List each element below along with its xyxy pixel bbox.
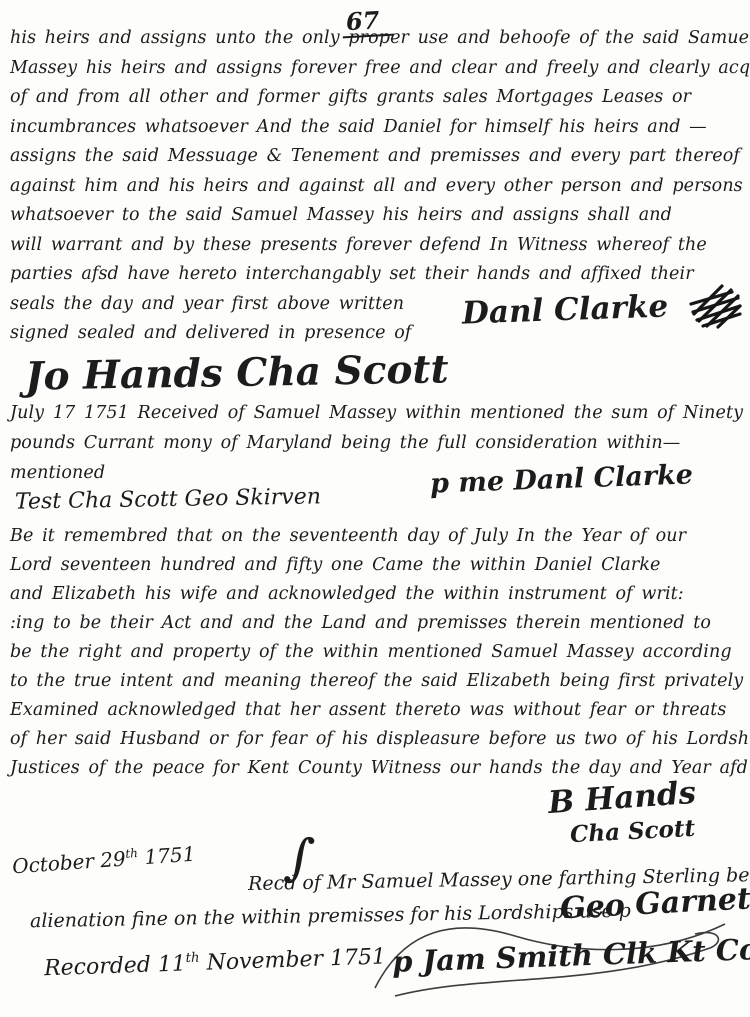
recorded-date-rest: November 1751 [199, 944, 386, 975]
acknowledgment-line: Examined acknowledged that her assent th… [10, 696, 746, 725]
acknowledgment-line: to the true intent and meaning thereof t… [10, 667, 746, 696]
receipt-line: pounds Currant mony of Maryland being th… [10, 428, 746, 458]
grantor-signature: Danl Clarke [461, 288, 668, 331]
deed-line: his heirs and assigns unto the only prop… [10, 24, 746, 54]
alienation-date-day: October 29 [11, 846, 126, 878]
deed-line: against him and his heirs and against al… [10, 172, 746, 202]
acknowledgment-line: and Elizabeth his wife and acknowledged … [10, 580, 746, 609]
deed-line: assigns the said Messuage & Tenement and… [10, 142, 746, 172]
justice-signature-scott: Cha Scott [569, 815, 695, 849]
deed-line: incumbrances whatsoever And the said Dan… [10, 113, 746, 143]
recorded-date-suffix: th [185, 951, 199, 966]
witness-signatures: Jo Hands Cha Scott [25, 346, 449, 399]
deed-line: parties afsd have hereto interchangably … [10, 260, 746, 290]
manuscript-page: 67 his heirs and assigns unto the only p… [0, 0, 750, 1017]
acknowledgment-line: :ing to be their Act and and the Land an… [10, 609, 746, 638]
acknowledgment-line: Lord seventeen hundred and fifty one Cam… [10, 551, 746, 580]
acknowledgment-line: be the right and property of the within … [10, 638, 746, 667]
acknowledgment-line: of her said Husband or for fear of his d… [10, 725, 746, 754]
seal-icon [688, 281, 742, 333]
deed-line: whatsoever to the said Samuel Massey his… [10, 201, 746, 231]
alienation-date: October 29th 1751 [11, 842, 196, 879]
alienation-date-year: 1751 [137, 842, 196, 870]
receipt-line: July 17 1751 Received of Samuel Massey w… [10, 398, 746, 428]
acknowledgment-line: Be it remembred that on the seventeenth … [10, 522, 746, 551]
recorded-date: Recorded 11 [44, 951, 187, 981]
recorded-line: Recorded 11th November 1751 [44, 944, 387, 981]
deed-line: of and from all other and former gifts g… [10, 83, 746, 113]
deed-line: will warrant and by these presents forev… [10, 231, 746, 261]
attestation-line: Test Cha Scott Geo Skirven [15, 484, 321, 514]
deed-line: Massey his heirs and assigns forever fre… [10, 54, 746, 84]
acknowledgment-paragraph: Be it remembred that on the seventeenth … [10, 522, 746, 783]
